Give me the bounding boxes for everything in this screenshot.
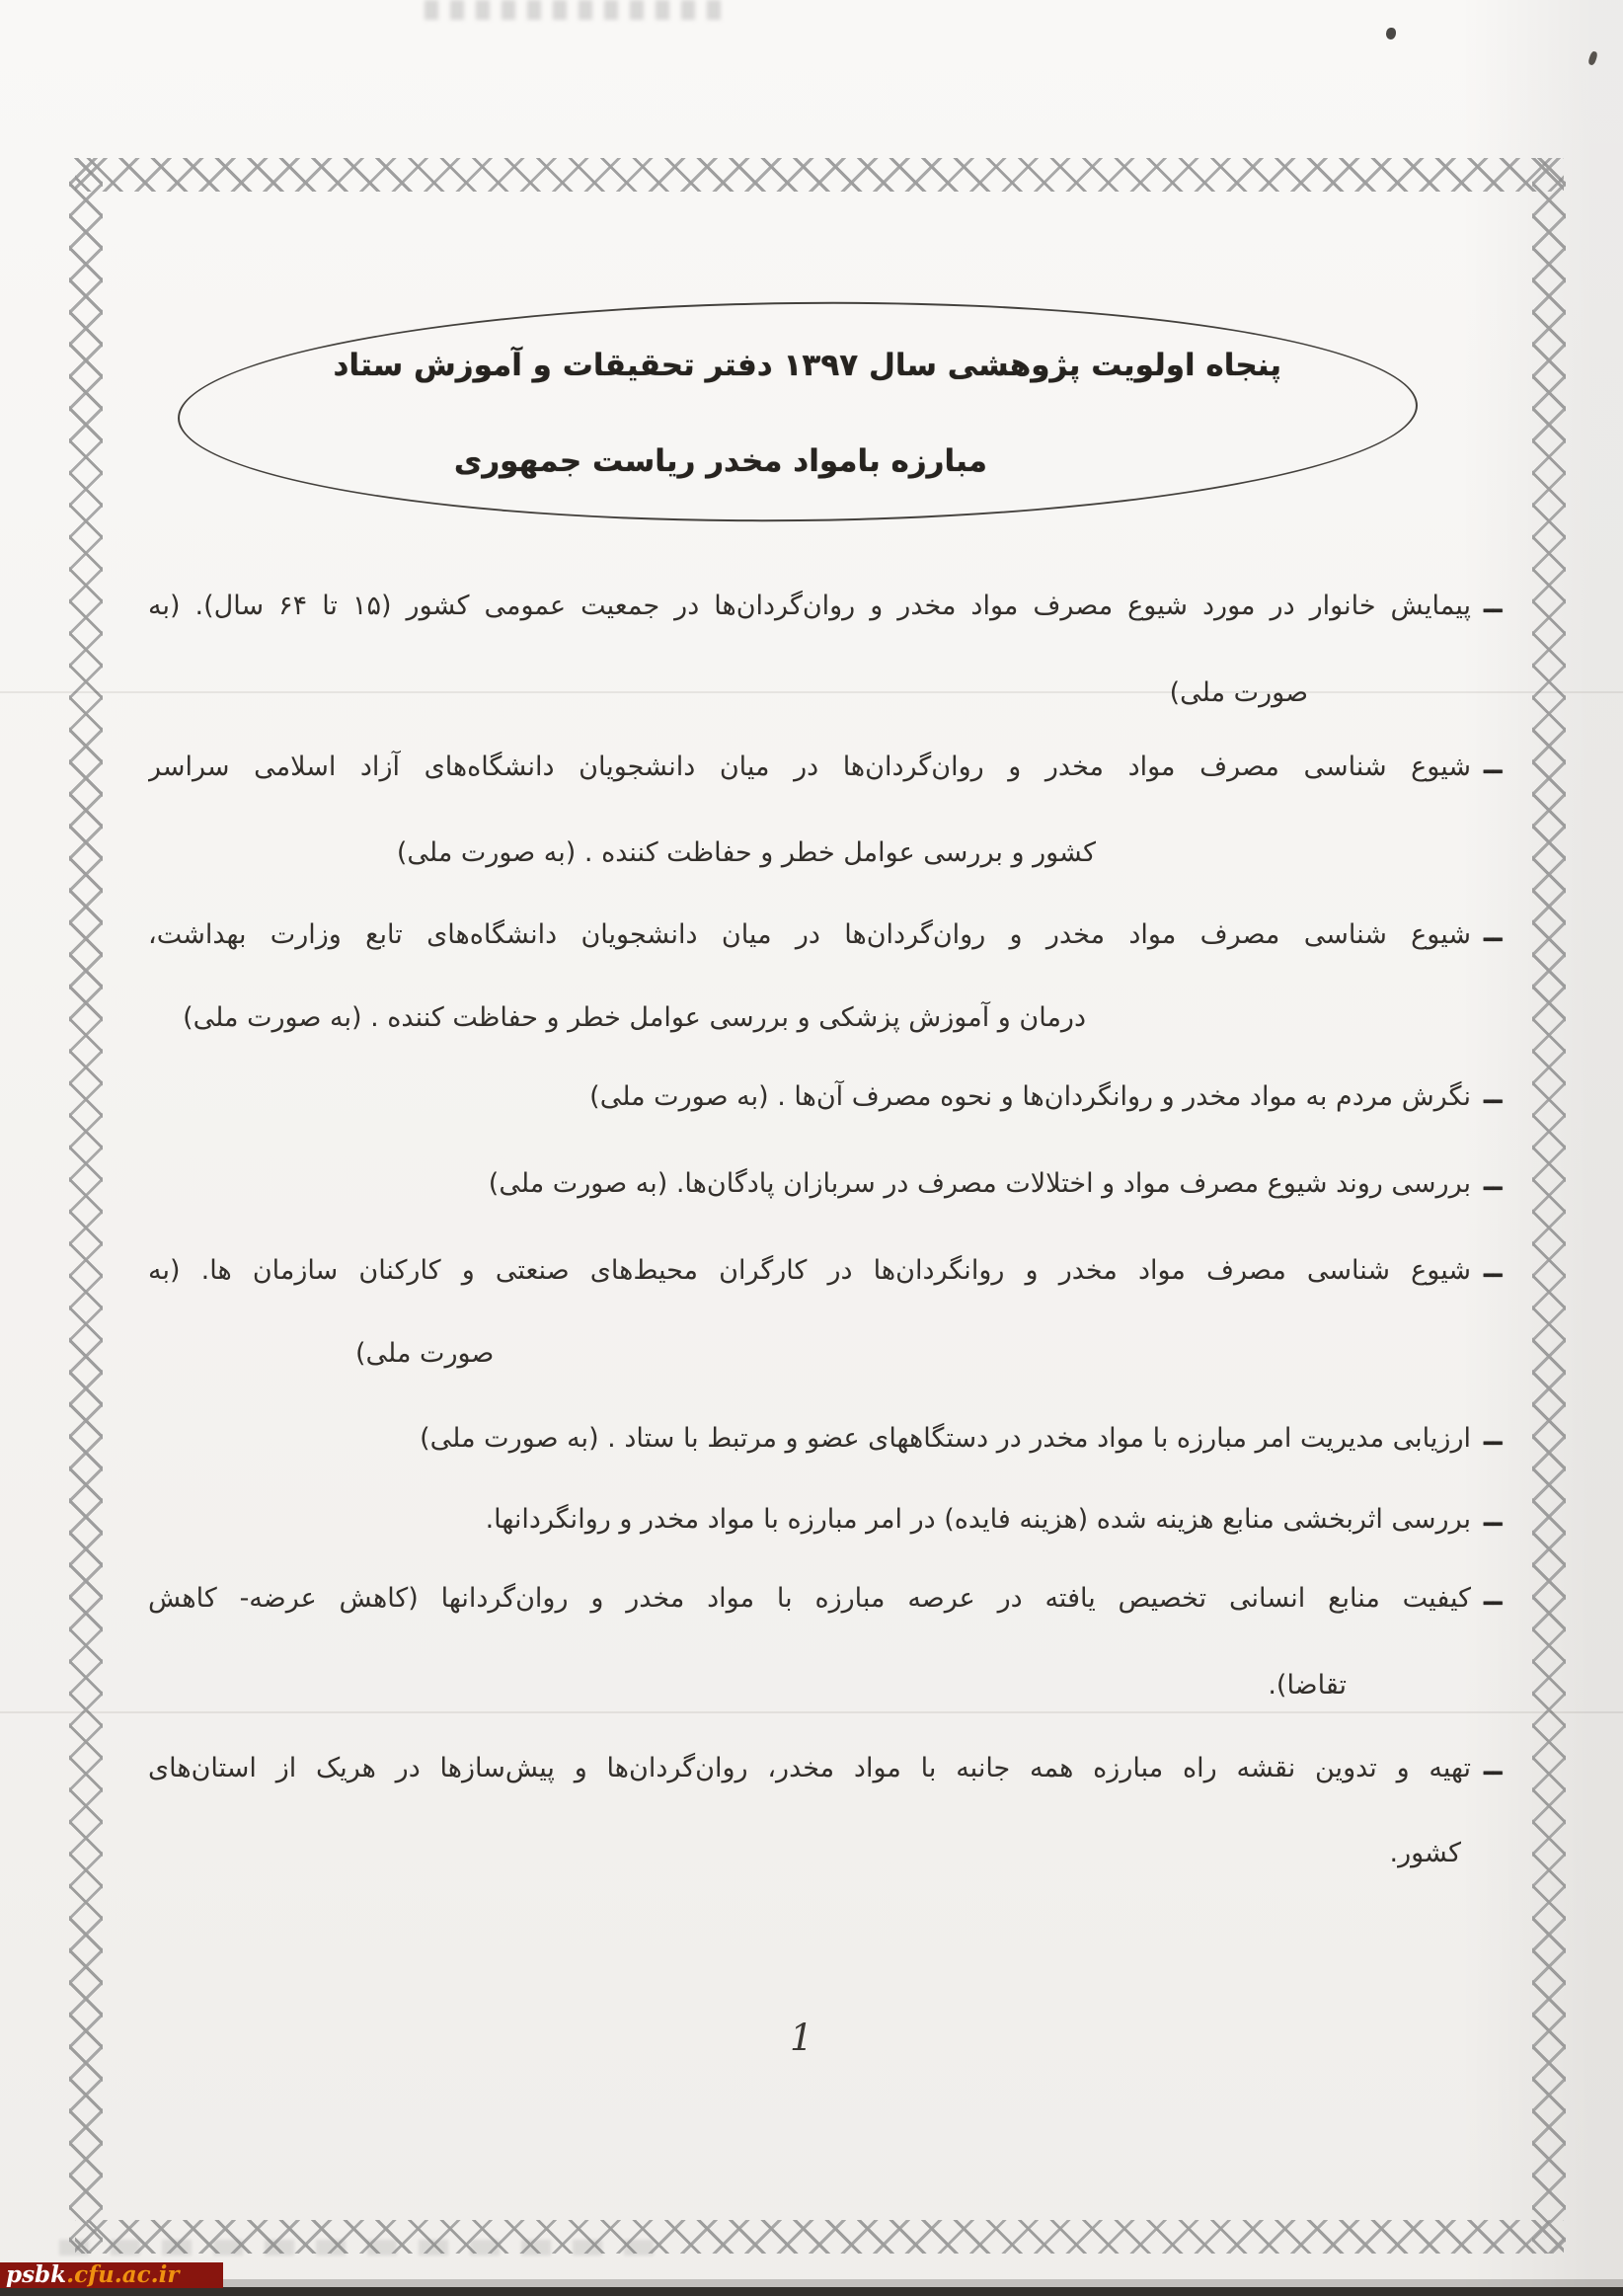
paper-fold-line [0, 1711, 1623, 1713]
bullet-dash-marker: ــ [1484, 1420, 1517, 1460]
bullet-dash-marker: ــ [1484, 1580, 1517, 1620]
page-number: 1 [790, 2017, 813, 2059]
watermark-site-name: psbk [6, 2263, 66, 2287]
bullet-dash-marker: ــ [1484, 588, 1517, 627]
bullet-dash-marker: ــ [1484, 749, 1517, 788]
bullet-line: صورت ملی) [1170, 674, 1308, 712]
watermark-site-badge: psbk.cfu.ac.ir [0, 2262, 223, 2288]
scan-edge-shadow [222, 2279, 1623, 2287]
bullet-line: صورت ملی) [355, 1335, 494, 1373]
document-title-line2: مبارزه بامواد مخدر ریاست جمهوری [454, 443, 987, 479]
bullet-line: شیوع شناسی مصرف مواد مخدر و روان‌گردان‌ه… [148, 916, 1471, 960]
scan-bottom-edge [0, 2287, 1623, 2296]
bullet-dash-marker: ــ [1484, 1252, 1517, 1292]
bullet-dash-marker: ــ [1484, 916, 1517, 956]
bullet-dash-marker: ــ [1484, 1501, 1517, 1541]
title-oval-frame [177, 295, 1419, 527]
scan-ghost-text [59, 2240, 671, 2256]
bullet-line: تهیه و تدوین نقشه راه مبارزه همه جانبه ب… [148, 1750, 1471, 1793]
zigzag-border-top [75, 158, 1564, 192]
scan-smudge-top [425, 0, 721, 20]
scanned-document-page: پنجاه اولویت پژوهشی سال ۱۳۹۷ دفتر تحقیقا… [0, 0, 1623, 2296]
bullet-line: بررسی اثربخشی منابع هزینه شده (هزینه فای… [486, 1501, 1471, 1539]
bullet-line: نگرش مردم به مواد مخدر و روانگردان‌ها و … [589, 1078, 1471, 1116]
bullet-dash-marker: ــ [1484, 1165, 1517, 1205]
bullet-line: پیمایش خانوار در مورد شیوع مصرف مواد مخد… [148, 588, 1471, 631]
paper-fold-line [0, 691, 1623, 693]
bullet-dash-marker: ــ [1484, 1750, 1517, 1789]
bullet-dash-marker: ــ [1484, 1078, 1517, 1118]
bullet-line: کشور و بررسی عوامل خطر و حفاظت کننده . (… [397, 834, 1096, 872]
bullet-line: بررسی روند شیوع مصرف مواد و اختلالات مصر… [489, 1165, 1471, 1203]
bullet-line: ارزیابی مدیریت امر مبارزه با مواد مخدر د… [420, 1420, 1471, 1458]
scan-ink-dot [1386, 28, 1396, 40]
bullet-line: تقاضا). [1268, 1667, 1347, 1704]
scan-ink-mark [1587, 50, 1598, 65]
document-title-line1: پنجاه اولویت پژوهشی سال ۱۳۹۷ دفتر تحقیقا… [334, 348, 1281, 383]
bullet-line: کیفیت منابع انسانی تخصیص یافته در عرصه م… [148, 1580, 1471, 1623]
zigzag-border-left [69, 158, 103, 2254]
bullet-line: شیوع شناسی مصرف مواد مخدر و روانگردان‌ها… [148, 1252, 1471, 1296]
bullet-line: درمان و آموزش پزشکی و بررسی عوامل خطر و … [183, 999, 1086, 1037]
zigzag-border-right [1532, 158, 1566, 2254]
bullet-line: کشور. [1389, 1835, 1461, 1872]
bullet-line: شیوع شناسی مصرف مواد مخدر و روان‌گردان‌ه… [148, 749, 1471, 792]
watermark-site-domain: .cfu.ac.ir [66, 2263, 179, 2287]
